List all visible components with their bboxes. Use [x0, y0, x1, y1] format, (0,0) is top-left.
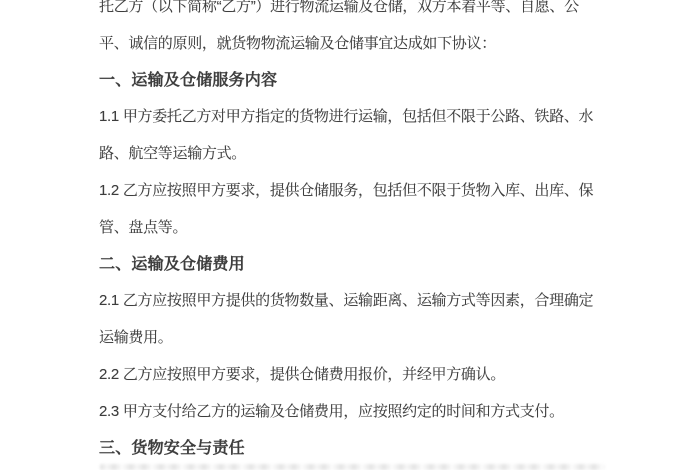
clause-1-1-line: 路、航空等运输方式。 [99, 136, 611, 173]
contract-intro-line: 平、诚信的原则，就货物物流运输及仓储事宜达成如下协议： [99, 26, 611, 63]
section-3-heading: 三、货物安全与责任 [99, 431, 611, 468]
section-1-heading: 一、运输及仓储服务内容 [99, 63, 611, 100]
contract-intro-line: 托乙方（以下简称“乙方”）进行物流运输及仓储，双方本着平等、自愿、公 [99, 0, 611, 26]
clause-1-1-line: 1.1 甲方委托乙方对甲方指定的货物进行运输，包括但不限于公路、铁路、水 [99, 99, 611, 136]
clause-2-2-line: 2.2 乙方应按照甲方要求，提供仓储费用报价，并经甲方确认。 [99, 357, 611, 394]
clause-1-2-line: 管、盘点等。 [99, 210, 611, 247]
cutoff-next-line-blur [100, 464, 605, 470]
clause-2-1-line: 2.1 乙方应按照甲方提供的货物数量、运输距离、运输方式等因素，合理确定 [99, 283, 611, 320]
document-page: 托乙方（以下简称“乙方”）进行物流运输及仓储，双方本着平等、自愿、公 平、诚信的… [0, 0, 700, 470]
clause-2-3-line: 2.3 甲方支付给乙方的运输及仓储费用，应按照约定的时间和方式支付。 [99, 394, 611, 431]
clause-1-2-line: 1.2 乙方应按照甲方要求，提供仓储服务，包括但不限于货物入库、出库、保 [99, 173, 611, 210]
contract-text-block: 托乙方（以下简称“乙方”）进行物流运输及仓储，双方本着平等、自愿、公 平、诚信的… [99, 0, 611, 467]
section-2-heading: 二、运输及仓储费用 [99, 247, 611, 284]
clause-2-1-line: 运输费用。 [99, 320, 611, 357]
